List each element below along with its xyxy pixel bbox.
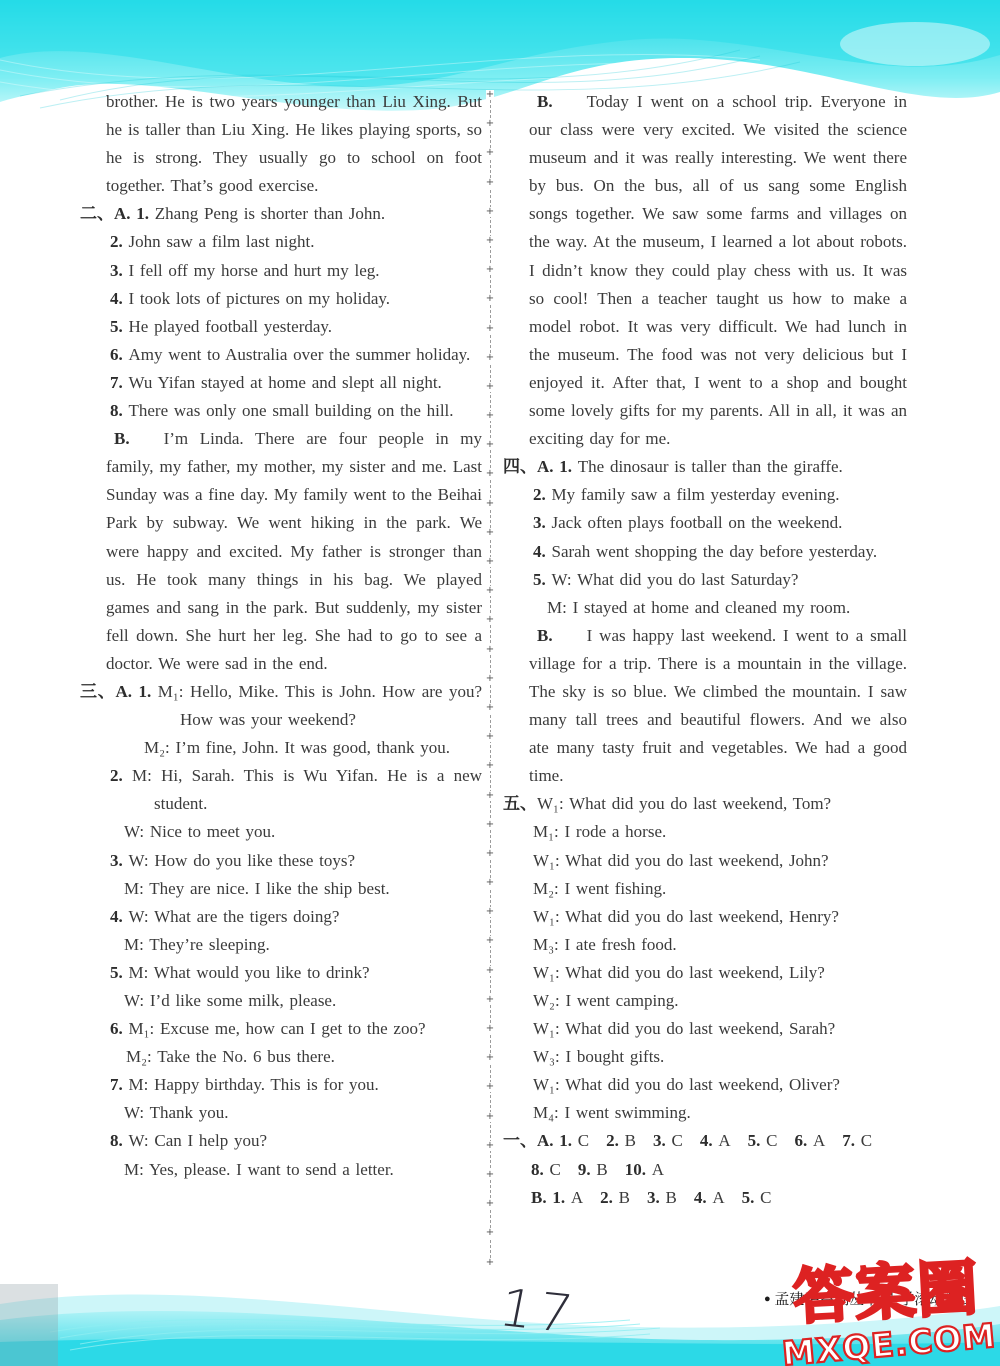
divider-plus-mark: + (486, 294, 494, 304)
divider-plus-mark: + (486, 499, 494, 509)
divider-plus-mark: + (486, 791, 494, 801)
text-line: W₁: What did you do last weekend, Sarah? (503, 1015, 907, 1043)
text-line: W: Nice to meet you. (80, 818, 482, 846)
divider-plus-mark: + (486, 1228, 494, 1238)
text-line: 8. W: Can I help you? (80, 1127, 482, 1155)
text-line: M₂: I went fishing. (503, 875, 907, 903)
divider-plus-mark: + (486, 1024, 494, 1034)
text-line: M: Yes, please. I want to send a letter. (80, 1156, 482, 1184)
divider-plus-mark: + (486, 1199, 494, 1209)
text-line: 四、A. 1. The dinosaur is taller than the … (503, 453, 907, 481)
text-line: M₁: I rode a horse. (503, 818, 907, 846)
divider-plus-mark: + (486, 615, 494, 625)
divider-plus-mark: + (486, 586, 494, 596)
text-line: 4. W: What are the tigers doing? (80, 903, 482, 931)
scanned-answer-page: brother. He is two years younger than Li… (0, 0, 1000, 1366)
right-column: B. Today I went on a school trip. Everyo… (503, 88, 907, 1212)
divider-plus-mark: + (486, 761, 494, 771)
divider-plus-mark: + (486, 674, 494, 684)
text-line: 二、A. 1. Zhang Peng is shorter than John. (80, 200, 482, 228)
divider-plus-mark: + (486, 936, 494, 946)
divider-plus-mark: + (486, 207, 494, 217)
divider-plus-mark: + (486, 995, 494, 1005)
divider-plus-mark: + (486, 966, 494, 976)
footer-bullet-icon: ● (764, 1293, 771, 1305)
text-line: W₃: I bought gifts. (503, 1043, 907, 1071)
divider-plus-mark: + (486, 119, 494, 129)
divider-plus-mark: + (486, 849, 494, 859)
divider-plus-mark: + (486, 820, 494, 830)
text-line: M: I stayed at home and cleaned my room. (503, 594, 907, 622)
text-line: 3. I fell off my horse and hurt my leg. (80, 257, 482, 285)
text-line: M: They are nice. I like the ship best. (80, 875, 482, 903)
text-line: M₂: I’m fine, John. It was good, thank y… (80, 734, 482, 762)
text-line: 3. Jack often plays football on the week… (503, 509, 907, 537)
text-line: W₁: What did you do last weekend, John? (503, 847, 907, 875)
text-line: 5. He played football yesterday. (80, 313, 482, 341)
text-line: M: They’re sleeping. (80, 931, 482, 959)
text-line: 2. My family saw a film yesterday evenin… (503, 481, 907, 509)
text-line: M₄: I went swimming. (503, 1099, 907, 1127)
divider-plus-mark: + (486, 878, 494, 888)
text-line: 7. Wu Yifan stayed at home and slept all… (80, 369, 482, 397)
divider-plus-mark: + (486, 148, 494, 158)
text-line: 5. M: What would you like to drink? (80, 959, 482, 987)
divider-plus-mark: + (486, 236, 494, 246)
divider-plus-mark: + (486, 353, 494, 363)
text-line: 2. M: Hi, Sarah. This is Wu Yifan. He is… (80, 762, 482, 818)
divider-plus-mark: + (486, 1053, 494, 1063)
text-line: W: I’d like some milk, please. (80, 987, 482, 1015)
handwritten-page-number: 17 (494, 1278, 581, 1345)
text-line: W₁: What did you do last weekend, Henry? (503, 903, 907, 931)
text-line: B. I’m Linda. There are four people in m… (80, 425, 482, 678)
text-line: 7. M: Happy birthday. This is for you. (80, 1071, 482, 1099)
text-line: 三、A. 1. M₁: Hello, Mike. This is John. H… (80, 678, 482, 734)
text-line: 一、A. 1. C 2. B 3. C 4. A 5. C 6. A 7. C (503, 1127, 907, 1155)
text-line: W₂: I went camping. (503, 987, 907, 1015)
column-divider: ++++++++++++++++++++++++++++++++++++++++… (484, 90, 496, 1268)
divider-plus-mark: + (486, 557, 494, 567)
text-line: M₃: I ate fresh food. (503, 931, 907, 959)
divider-plus-mark: + (486, 382, 494, 392)
divider-plus-mark: + (486, 1082, 494, 1092)
divider-plus-mark: + (486, 528, 494, 538)
text-line: 五、W₁: What did you do last weekend, Tom? (503, 790, 907, 818)
divider-plus-mark: + (486, 1258, 494, 1268)
text-line: 5. W: What did you do last Saturday? (503, 566, 907, 594)
divider-plus-mark: + (486, 469, 494, 479)
divider-plus-mark: + (486, 645, 494, 655)
text-line: 6. M₁: Excuse me, how can I get to the z… (80, 1015, 482, 1043)
divider-plus-mark: + (486, 732, 494, 742)
divider-plus-mark: + (486, 1170, 494, 1180)
divider-plus-mark: + (486, 411, 494, 421)
text-line: M₂: Take the No. 6 bus there. (80, 1043, 482, 1071)
text-line: 4. Sarah went shopping the day before ye… (503, 538, 907, 566)
text-line: W₁: What did you do last weekend, Lily? (503, 959, 907, 987)
divider-plus-mark: + (486, 703, 494, 713)
divider-plus-mark: + (486, 907, 494, 917)
text-line: B. I was happy last weekend. I went to a… (503, 622, 907, 791)
text-line: B. Today I went on a school trip. Everyo… (503, 88, 907, 453)
text-line: 3. W: How do you like these toys? (80, 847, 482, 875)
text-line: W₁: What did you do last weekend, Oliver… (503, 1071, 907, 1099)
text-line: 8. C 9. B 10. A (503, 1156, 907, 1184)
text-line: 8. There was only one small building on … (80, 397, 482, 425)
divider-plus-mark: + (486, 178, 494, 188)
divider-plus-mark: + (486, 440, 494, 450)
text-line: 4. I took lots of pictures on my holiday… (80, 285, 482, 313)
divider-plus-mark: + (486, 324, 494, 334)
text-line: W: Thank you. (80, 1099, 482, 1127)
left-column: brother. He is two years younger than Li… (80, 88, 482, 1184)
answer-site-watermark: 答案圈 MXQE.COM (772, 1256, 1000, 1366)
divider-plus-mark: + (486, 1112, 494, 1122)
divider-plus-mark: + (486, 90, 494, 100)
text-line: 6. Amy went to Australia over the summer… (80, 341, 482, 369)
text-line: 2. John saw a film last night. (80, 228, 482, 256)
text-line: B. 1. A 2. B 3. B 4. A 5. C (503, 1184, 907, 1212)
text-line: brother. He is two years younger than Li… (80, 88, 482, 200)
divider-plus-mark: + (486, 265, 494, 275)
divider-plus-mark: + (486, 1141, 494, 1151)
